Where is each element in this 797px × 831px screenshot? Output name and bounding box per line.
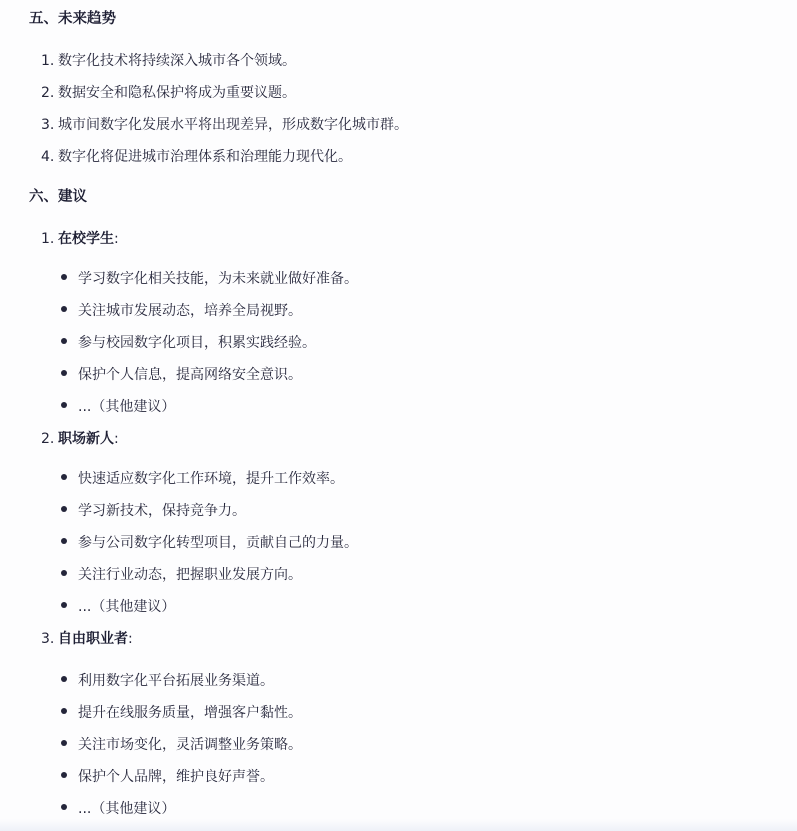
list-number: 1. xyxy=(41,51,58,71)
bullet-item: 保护个人品牌，维护良好声誉。 xyxy=(61,767,274,787)
bullet-icon xyxy=(61,370,67,376)
bullet-icon xyxy=(61,804,67,810)
bullet-icon xyxy=(61,506,67,512)
bullet-text: 保护个人信息，提高网络安全意识。 xyxy=(78,367,302,383)
section-heading-future-trends: 五、未来趋势 xyxy=(29,9,116,29)
bullet-text: 关注市场变化，灵活调整业务策略。 xyxy=(78,737,302,753)
group-heading-freelancers: 3.自由职业者: xyxy=(41,629,133,649)
bullet-item: 学习数字化相关技能，为未来就业做好准备。 xyxy=(61,269,358,289)
list-text: 城市间数字化发展水平将出现差异，形成数字化城市群。 xyxy=(58,117,408,133)
bullet-item: 关注行业动态，把握职业发展方向。 xyxy=(61,565,302,585)
bullet-text: 保护个人品牌，维护良好声誉。 xyxy=(78,769,274,785)
bullet-icon xyxy=(61,474,67,480)
bullet-item: ...（其他建议） xyxy=(61,799,175,819)
bullet-icon xyxy=(61,772,67,778)
bullet-icon xyxy=(61,274,67,280)
bullet-text: ...（其他建议） xyxy=(78,599,175,615)
list-item: 4.数字化将促进城市治理体系和治理能力现代化。 xyxy=(41,147,352,167)
bullet-icon xyxy=(61,306,67,312)
list-text: 数字化将促进城市治理体系和治理能力现代化。 xyxy=(58,149,352,165)
bullet-item: 关注城市发展动态，培养全局视野。 xyxy=(61,301,302,321)
bullet-icon xyxy=(61,570,67,576)
bullet-text: ...（其他建议） xyxy=(78,399,175,415)
bullet-item: ...（其他建议） xyxy=(61,597,175,617)
bullet-item: 参与公司数字化转型项目，贡献自己的力量。 xyxy=(61,533,358,553)
bullet-text: 学习新技术，保持竞争力。 xyxy=(78,503,246,519)
bullet-item: 参与校园数字化项目，积累实践经验。 xyxy=(61,333,316,353)
bullet-icon xyxy=(61,402,67,408)
list-text: 数据安全和隐私保护将成为重要议题。 xyxy=(58,85,296,101)
bullet-item: 提升在线服务质量，增强客户黏性。 xyxy=(61,703,302,723)
group-colon: : xyxy=(114,231,119,247)
bullet-text: 参与公司数字化转型项目，贡献自己的力量。 xyxy=(78,535,358,551)
bullet-icon xyxy=(61,740,67,746)
list-number: 2. xyxy=(41,429,58,449)
bullet-text: 利用数字化平台拓展业务渠道。 xyxy=(78,673,274,689)
bullet-icon xyxy=(61,676,67,682)
bullet-text: 参与校园数字化项目，积累实践经验。 xyxy=(78,335,316,351)
list-item: 1.数字化技术将持续深入城市各个领域。 xyxy=(41,51,296,71)
bullet-item: 关注市场变化，灵活调整业务策略。 xyxy=(61,735,302,755)
bullet-item: 快速适应数字化工作环境，提升工作效率。 xyxy=(61,469,344,489)
list-item: 2.数据安全和隐私保护将成为重要议题。 xyxy=(41,83,296,103)
bullet-icon xyxy=(61,338,67,344)
bullet-text: 关注城市发展动态，培养全局视野。 xyxy=(78,303,302,319)
bullet-icon xyxy=(61,708,67,714)
list-number: 3. xyxy=(41,629,58,649)
group-colon: : xyxy=(114,431,119,447)
bullet-text: 关注行业动态，把握职业发展方向。 xyxy=(78,567,302,583)
group-label: 自由职业者 xyxy=(58,631,128,647)
bullet-item: 学习新技术，保持竞争力。 xyxy=(61,501,246,521)
bullet-text: ...（其他建议） xyxy=(78,801,175,817)
group-label: 职场新人 xyxy=(58,431,114,447)
bottom-fade-divider xyxy=(0,819,797,831)
bullet-text: 快速适应数字化工作环境，提升工作效率。 xyxy=(78,471,344,487)
bullet-icon xyxy=(61,538,67,544)
list-text: 数字化技术将持续深入城市各个领域。 xyxy=(58,53,296,69)
bullet-text: 提升在线服务质量，增强客户黏性。 xyxy=(78,705,302,721)
group-heading-new-employees: 2.职场新人: xyxy=(41,429,119,449)
bullet-text: 学习数字化相关技能，为未来就业做好准备。 xyxy=(78,271,358,287)
list-number: 1. xyxy=(41,229,58,249)
list-number: 2. xyxy=(41,83,58,103)
list-number: 4. xyxy=(41,147,58,167)
group-label: 在校学生 xyxy=(58,231,114,247)
bullet-item: 保护个人信息，提高网络安全意识。 xyxy=(61,365,302,385)
group-colon: : xyxy=(128,631,133,647)
section-heading-suggestions: 六、建议 xyxy=(29,187,87,207)
bullet-item: ...（其他建议） xyxy=(61,397,175,417)
bullet-icon xyxy=(61,602,67,608)
group-heading-students: 1.在校学生: xyxy=(41,229,119,249)
list-item: 3.城市间数字化发展水平将出现差异，形成数字化城市群。 xyxy=(41,115,408,135)
list-number: 3. xyxy=(41,115,58,135)
bullet-item: 利用数字化平台拓展业务渠道。 xyxy=(61,671,274,691)
